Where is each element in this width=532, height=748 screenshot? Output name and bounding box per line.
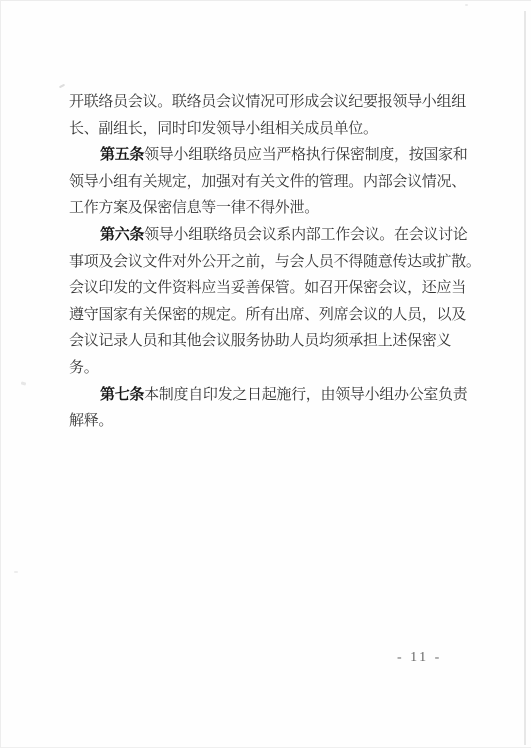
line-text: 工作方案及保密信息等一律不得外泄。 [69, 200, 319, 216]
text-line-article-5: 第五条领导小组联络员应当严格执行保密制度，按国家和 [69, 142, 481, 169]
document-page: 开联络员会议。联络员会议情况可形成会议纪要报领导小组组 长、副组长，同时印发领导… [0, 0, 531, 748]
scan-speck [59, 84, 65, 89]
line-text: 领导小组联络员应当严格执行保密制度，按国家和 [144, 147, 467, 163]
text-line-article-7: 第七条本制度自印发之日起施行，由领导小组办公室负责 [69, 382, 481, 409]
line-text: 长、副组长，同时印发领导小组相关成员单位。 [69, 121, 378, 137]
line-text: 务。 [69, 360, 98, 376]
article-number: 第五条 [100, 147, 144, 163]
text-line: 长、副组长，同时印发领导小组相关成员单位。 [69, 116, 481, 143]
text-line: 务。 [69, 355, 481, 382]
line-text: 遵守国家有关保密的规定。所有出席、列席会议的人员，以及 [69, 307, 466, 323]
line-text: 本制度自印发之日起施行，由领导小组办公室负责 [144, 387, 467, 403]
text-line: 事项及会议文件对外公开之前，与会人员不得随意传达或扩散。 [69, 249, 481, 276]
text-line: 会议印发的文件资料应当妥善保管。如召开保密会议，还应当 [69, 275, 481, 302]
line-text: 会议记录人员和其他会议服务协助人员均须承担上述保密义 [69, 333, 451, 349]
text-line: 开联络员会议。联络员会议情况可形成会议纪要报领导小组组 [69, 89, 481, 116]
scan-edge-shadow [524, 11, 526, 745]
scan-speck [465, 4, 468, 6]
text-line: 遵守国家有关保密的规定。所有出席、列席会议的人员，以及 [69, 302, 481, 329]
scan-speck [14, 571, 18, 573]
text-line: 解释。 [69, 408, 481, 435]
line-text: 开联络员会议。联络员会议情况可形成会议纪要报领导小组组 [69, 94, 466, 110]
line-text: 事项及会议文件对外公开之前，与会人员不得随意传达或扩散。 [69, 254, 481, 270]
scan-speck [21, 381, 27, 385]
line-text: 会议印发的文件资料应当妥善保管。如召开保密会议，还应当 [69, 280, 466, 296]
article-number: 第六条 [100, 227, 144, 243]
text-line: 会议记录人员和其他会议服务协助人员均须承担上述保密义 [69, 328, 481, 355]
page-number: - 11 - [397, 650, 442, 666]
text-line: 领导小组有关规定，加强对有关文件的管理。内部会议情况、 [69, 169, 481, 196]
text-line-article-6: 第六条领导小组联络员会议系内部工作会议。在会议讨论 [69, 222, 481, 249]
line-text: 领导小组有关规定，加强对有关文件的管理。内部会议情况、 [69, 174, 466, 190]
body-text: 开联络员会议。联络员会议情况可形成会议纪要报领导小组组 长、副组长，同时印发领导… [69, 89, 481, 435]
line-text: 解释。 [69, 413, 113, 429]
line-text: 领导小组联络员会议系内部工作会议。在会议讨论 [144, 227, 467, 243]
article-number: 第七条 [100, 387, 144, 403]
text-line: 工作方案及保密信息等一律不得外泄。 [69, 195, 481, 222]
